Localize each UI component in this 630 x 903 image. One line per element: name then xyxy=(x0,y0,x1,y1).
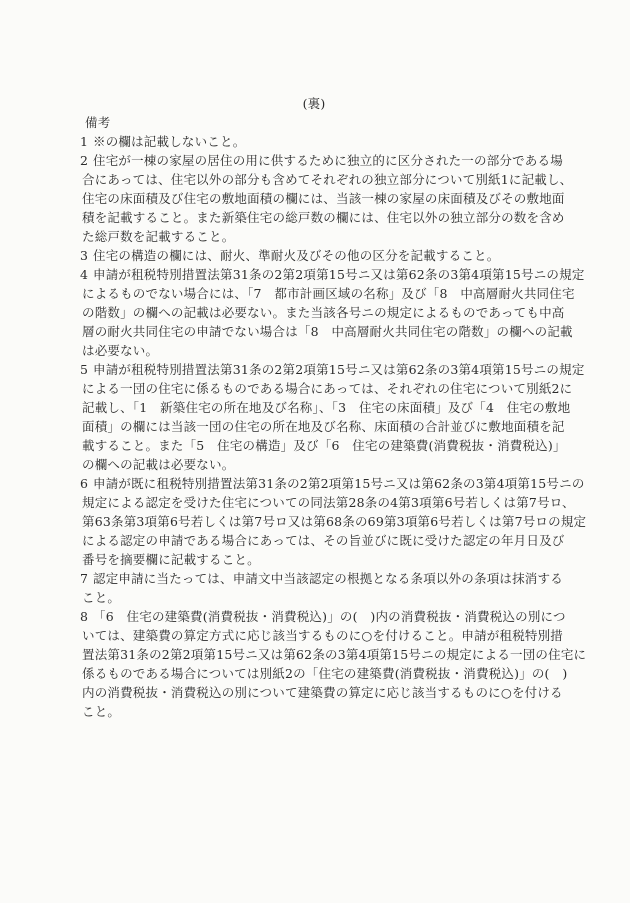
item-text: 住宅の構造の欄には、耐火、準耐火及びその他の区分を記載すること。 xyxy=(93,246,499,265)
remark-line-cont: 規定による認定を受けた住宅についての同法第28条の4第3項第6号若しくは第7号ロ… xyxy=(80,493,564,512)
remark-line-cont: 住宅の床面積及び住宅の敷地面積の欄には、当該一棟の家屋の床面積及びその敷地面 xyxy=(80,189,564,208)
item-text: 申請が租税特別措置法第31条の2第2項第15号ニ又は第62条の3第4項第15号ニ… xyxy=(93,265,585,284)
item-text: 住宅が一棟の家屋の居住の用に供するために独立的に区分された一の部分である場 xyxy=(93,151,563,170)
item-text: ※の欄は記載しないこと。 xyxy=(93,132,245,151)
remark-line-cont: 合にあっては、住宅以外の部分も含めてそれぞれの独立部分について別紙1に記載し、 xyxy=(80,170,564,189)
remark-item: 7認定申請に当たっては、申請文中当該認定の根拠となる条項以外の条項は抹消すること… xyxy=(80,569,564,607)
item-number: 5 xyxy=(80,360,93,379)
remark-line-cont: 係るものである場合については別紙2の「住宅の建築費(消費税抜・消費税込)」の( … xyxy=(80,664,564,683)
page-side-label: (裏) xyxy=(80,94,564,113)
remark-line-cont: 積を記載すること。また新築住宅の総戸数の欄には、住宅以外の独立部分の数を含め xyxy=(80,208,564,227)
remark-line-cont: の欄への記載は必要ない。 xyxy=(80,455,564,474)
item-number: 6 xyxy=(80,474,93,493)
remark-item: 8「6 住宅の建築費(消費税抜・消費税込)」の( )内の消費税抜・消費税込の別に… xyxy=(80,607,564,721)
item-text: 「6 住宅の建築費(消費税抜・消費税込)」の( )内の消費税抜・消費税込の別につ xyxy=(93,607,566,626)
remark-item: 2住宅が一棟の家屋の居住の用に供するために独立的に区分された一の部分である場合に… xyxy=(80,151,564,246)
remark-item: 3住宅の構造の欄には、耐火、準耐火及びその他の区分を記載すること。 xyxy=(80,246,564,265)
item-number: 2 xyxy=(80,151,93,170)
remark-line-cont: の階数」の欄への記載は必要ない。また当該各号ニの規定によるものであっても中高 xyxy=(80,303,564,322)
remark-line-first: 8「6 住宅の建築費(消費税抜・消費税込)」の( )内の消費税抜・消費税込の別に… xyxy=(80,607,564,626)
remark-line-first: 4申請が租税特別措置法第31条の2第2項第15号ニ又は第62条の3第4項第15号… xyxy=(80,265,564,284)
remark-line-first: 7認定申請に当たっては、申請文中当該認定の根拠となる条項以外の条項は抹消する xyxy=(80,569,564,588)
document-page: (裏) 備考 1※の欄は記載しないこと。2住宅が一棟の家屋の居住の用に供するため… xyxy=(0,0,630,903)
remarks-heading: 備考 xyxy=(80,113,564,132)
remark-line-cont: は必要ない。 xyxy=(80,341,564,360)
remark-item: 5申請が租税特別措置法第31条の2第2項第15号ニ又は第62条の3第4項第15号… xyxy=(80,360,564,474)
item-number: 8 xyxy=(80,607,93,626)
remark-line-cont: 第63条第3項第6号若しくは第7号ロ又は第68条の69第3項第6号若しくは第7号… xyxy=(80,512,564,531)
remark-line-first: 3住宅の構造の欄には、耐火、準耐火及びその他の区分を記載すること。 xyxy=(80,246,564,265)
remark-line-first: 2住宅が一棟の家屋の居住の用に供するために独立的に区分された一の部分である場 xyxy=(80,151,564,170)
remarks-section: (裏) 備考 1※の欄は記載しないこと。2住宅が一棟の家屋の居住の用に供するため… xyxy=(80,94,564,721)
remark-line-cont: 載すること。また「5 住宅の構造」及び「6 住宅の建築費(消費税抜・消費税込)」 xyxy=(80,436,564,455)
remark-line-cont: による認定の申請である場合にあっては、その旨並びに既に受けた認定の年月日及び xyxy=(80,531,564,550)
remark-line-cont: 番号を摘要欄に記載すること。 xyxy=(80,550,564,569)
remark-line-first: 1※の欄は記載しないこと。 xyxy=(80,132,564,151)
remark-line-cont: によるものでない場合には、「7 都市計画区域の名称」及び「8 中高層耐火共同住宅 xyxy=(80,284,564,303)
remark-line-cont: 内の消費税抜・消費税込の別について建築費の算定に応じ該当するものに○を付ける xyxy=(80,683,564,702)
item-text: 申請が既に租税特別措置法第31条の2第2項第15号ニ又は第62条の3第4項第15… xyxy=(93,474,585,493)
remark-line-cont: 記載し、「1 新築住宅の所在地及び名称」、「3 住宅の床面積」及び「4 住宅の敷… xyxy=(80,398,564,417)
remark-item: 6申請が既に租税特別措置法第31条の2第2項第15号ニ又は第62条の3第4項第1… xyxy=(80,474,564,569)
item-text: 認定申請に当たっては、申請文中当該認定の根拠となる条項以外の条項は抹消する xyxy=(93,569,563,588)
remark-line-cont: いては、建築費の算定方式に応じ該当するものに○を付けること。申請が租税特別措 xyxy=(80,626,564,645)
item-number: 7 xyxy=(80,569,93,588)
remark-item: 1※の欄は記載しないこと。 xyxy=(80,132,564,151)
remark-line-cont: 層の耐火共同住宅の申請でない場合は「8 中高層耐火共同住宅の階数」の欄への記載 xyxy=(80,322,564,341)
remark-line-first: 6申請が既に租税特別措置法第31条の2第2項第15号ニ又は第62条の3第4項第1… xyxy=(80,474,564,493)
remark-line-cont: 面積」の欄には当該一団の住宅の所在地及び名称、床面積の合計並びに敷地面積を記 xyxy=(80,417,564,436)
remarks-list: 1※の欄は記載しないこと。2住宅が一棟の家屋の居住の用に供するために独立的に区分… xyxy=(80,132,564,721)
remark-line-cont: 置法第31条の2第2項第15号ニ又は第62条の3第4項第15号ニの規定による一団… xyxy=(80,645,564,664)
item-text: 申請が租税特別措置法第31条の2第2項第15号ニ又は第62条の3第4項第15号ニ… xyxy=(93,360,585,379)
remark-line-cont: こと。 xyxy=(80,702,564,721)
remark-line-cont: こと。 xyxy=(80,588,564,607)
remark-line-cont: による一団の住宅に係るものである場合にあっては、それぞれの住宅について別紙2に xyxy=(80,379,564,398)
item-number: 1 xyxy=(80,132,93,151)
remark-line-first: 5申請が租税特別措置法第31条の2第2項第15号ニ又は第62条の3第4項第15号… xyxy=(80,360,564,379)
remark-line-cont: た総戸数を記載すること。 xyxy=(80,227,564,246)
remark-item: 4申請が租税特別措置法第31条の2第2項第15号ニ又は第62条の3第4項第15号… xyxy=(80,265,564,360)
item-number: 4 xyxy=(80,265,93,284)
item-number: 3 xyxy=(80,246,93,265)
